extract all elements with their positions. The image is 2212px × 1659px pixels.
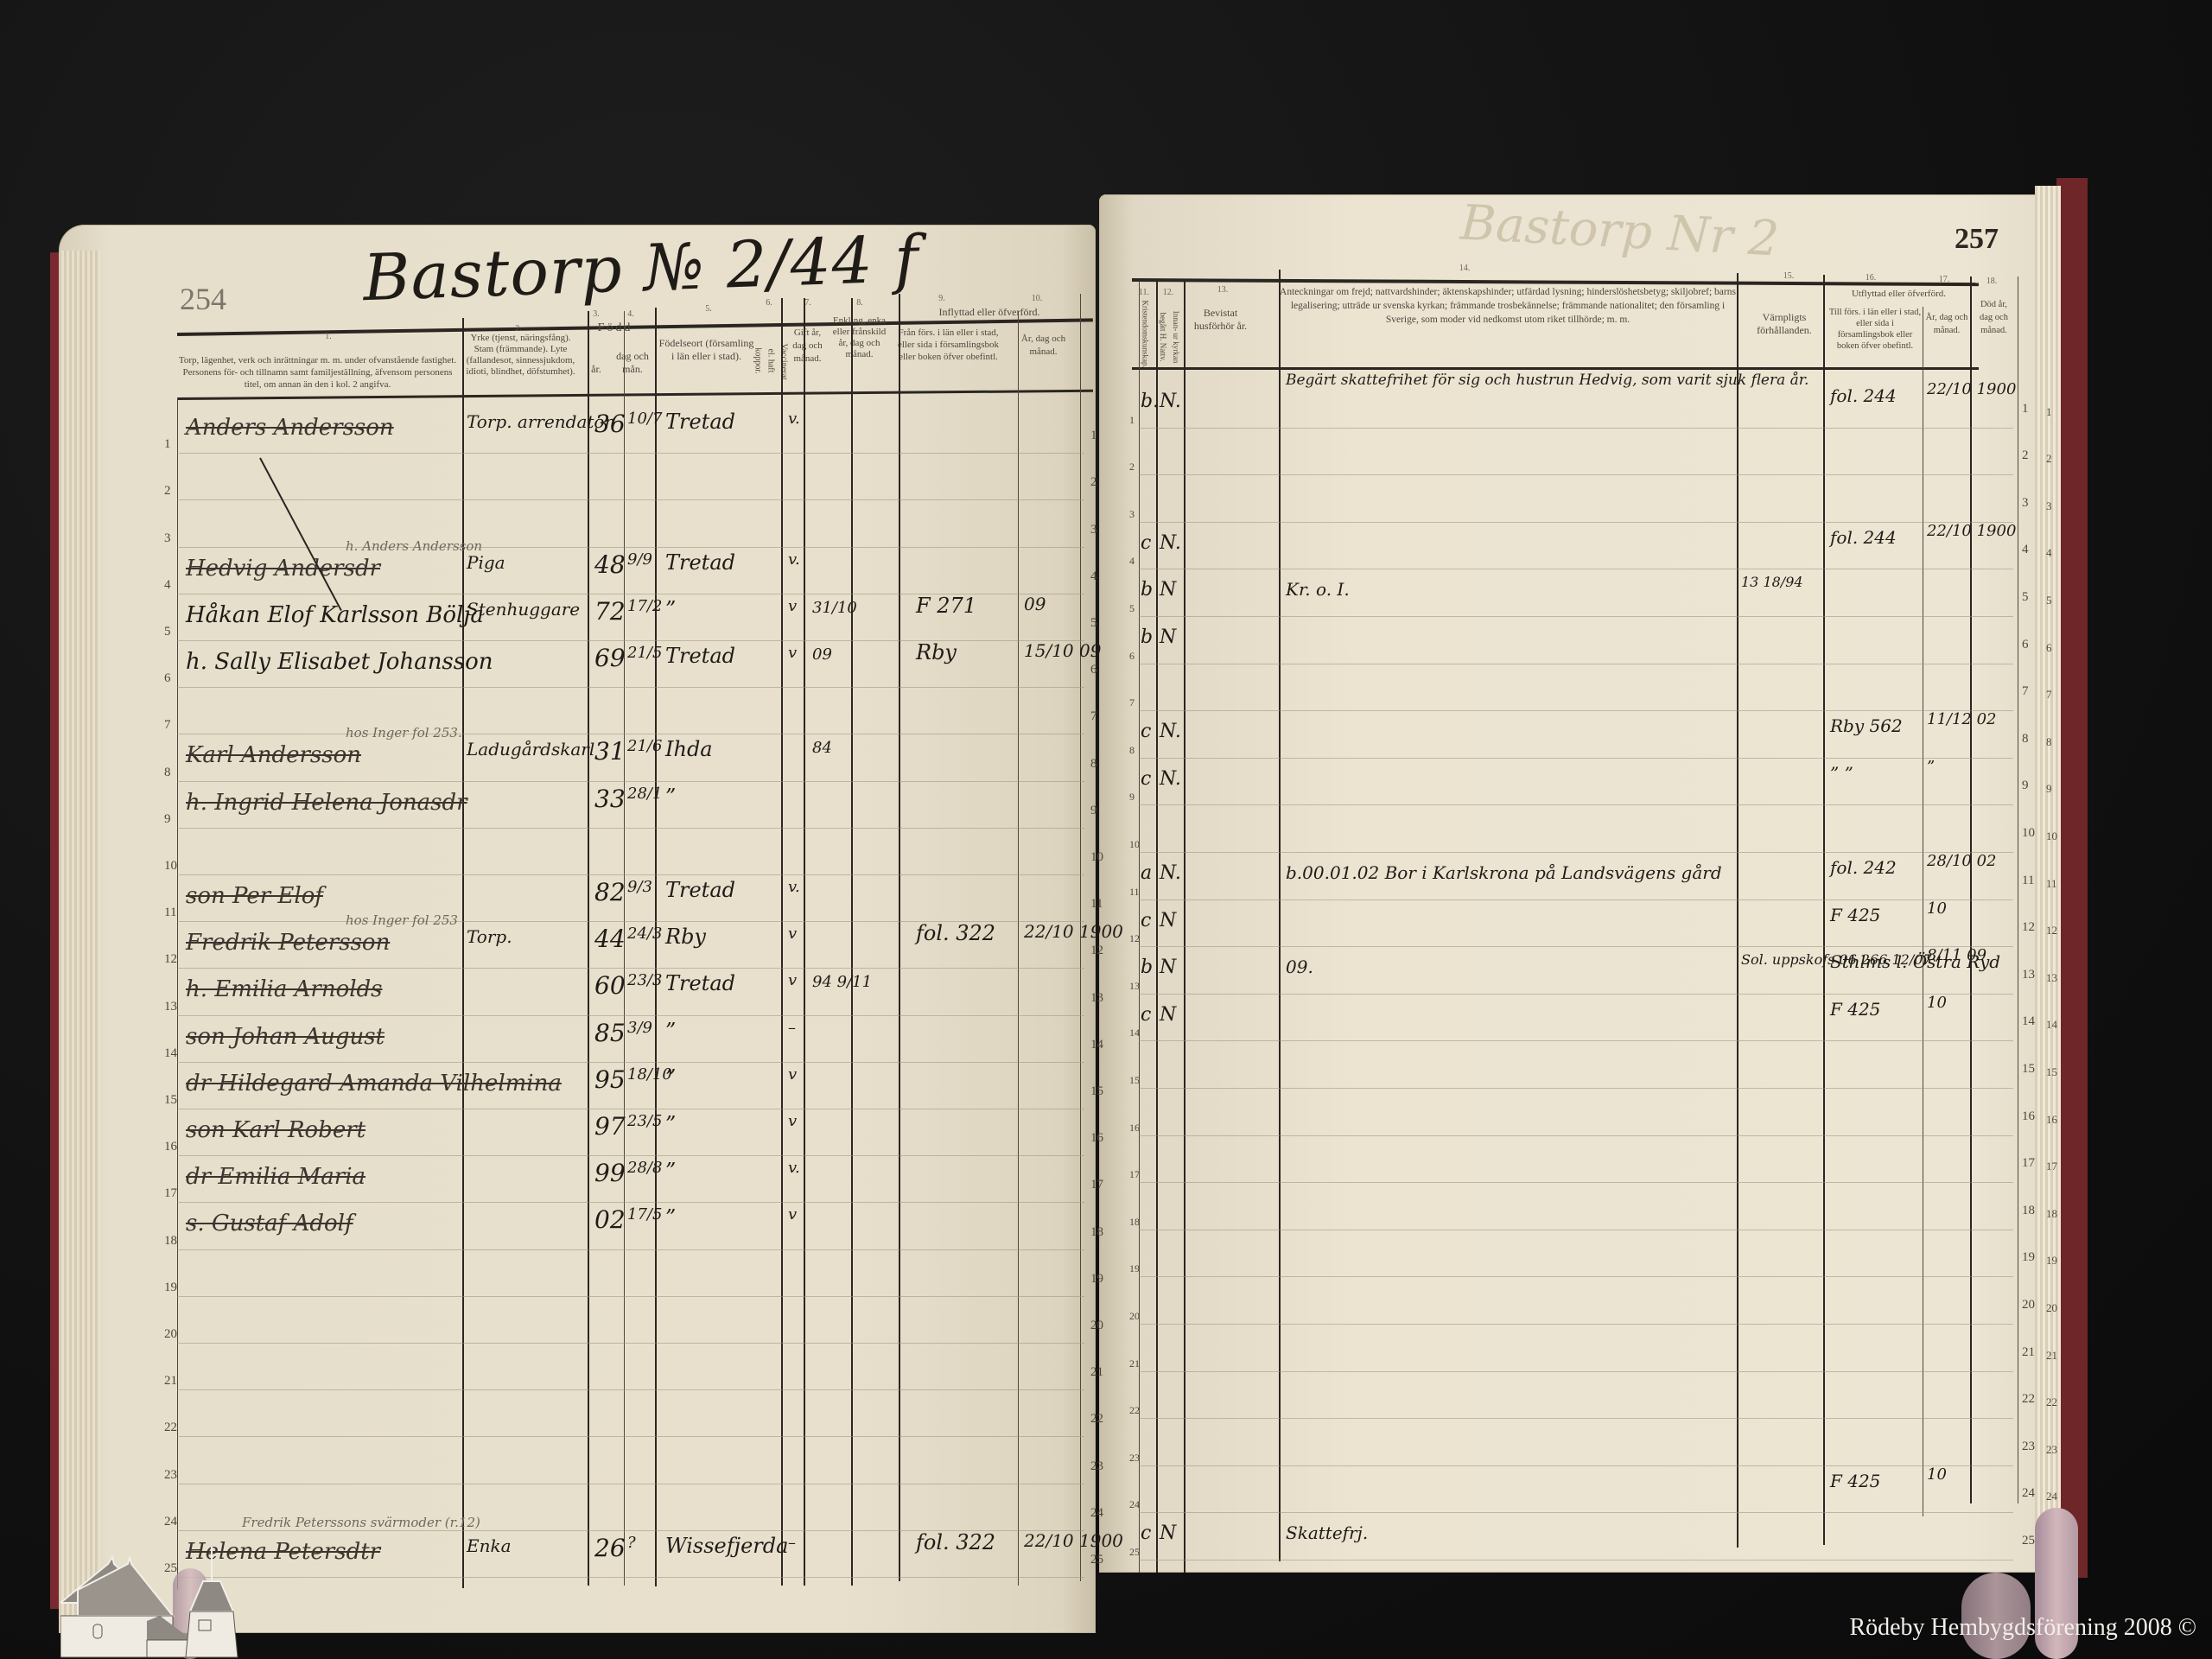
entry-christianity-knowledge: c	[1141, 1004, 1151, 1026]
row-number-right-inner: 23	[1129, 1452, 1140, 1465]
row-number-right: 20	[2022, 1298, 2035, 1313]
row-rule	[1139, 1230, 2013, 1230]
row-number-right-edge: 6	[2046, 641, 2052, 655]
col-divider	[2018, 276, 2018, 1503]
entry-vaccinated: –	[788, 1534, 796, 1552]
row-number-right-edge: 17	[2046, 1160, 2057, 1173]
entry-communion: N	[1160, 957, 1176, 978]
entry-note: hos Inger fol 253.	[346, 725, 462, 741]
row-rule	[177, 687, 1084, 688]
entry-birth-day: ?	[627, 1534, 636, 1552]
row-number-left: 1	[164, 437, 171, 452]
entry-communion: N	[1160, 910, 1176, 931]
row-number-right-edge: 18	[2046, 1207, 2057, 1221]
entry-birth-year: 85	[594, 1019, 626, 1047]
left-page-edges	[59, 251, 100, 1633]
entry-vaccinated: v	[788, 597, 797, 615]
entry-christianity-knowledge: c	[1141, 768, 1151, 790]
entry-married: 94 9/11	[812, 973, 872, 991]
col14-number: 14.	[1452, 264, 1478, 273]
entry-moved-out-to: fol. 244	[1830, 527, 1897, 548]
col10-number: 10.	[1024, 294, 1050, 303]
entry-birth-year: 33	[594, 785, 626, 813]
row-number-right-edge: 1	[2046, 405, 2052, 419]
col5-number: 5.	[691, 304, 726, 314]
entry-birthplace: Wissefjerda	[665, 1534, 788, 1558]
row-rule	[1139, 1182, 2013, 1183]
row-number-left-margin: 5	[1090, 616, 1097, 631]
row-rule	[1139, 852, 2013, 853]
entry-vaccinated: v	[788, 1205, 797, 1224]
utflyttad-label: Utflyttad eller öfverförd.	[1827, 288, 1970, 301]
row-number-right-inner: 24	[1129, 1498, 1140, 1511]
row-rule	[1139, 428, 2013, 429]
col12-header: Innan- ur kyrkan begått H. Nattv.	[1156, 307, 1182, 367]
col-divider	[781, 298, 783, 1586]
row-rule	[177, 547, 1084, 548]
row-number-right: 8	[2022, 732, 2029, 747]
row-number-right-edge: 9	[2046, 782, 2052, 796]
entry-birth-day: 17/5	[627, 1205, 662, 1224]
entry-moved-out-to: Rby 562	[1830, 715, 1903, 736]
col8-header: Enkling, enka eller frånskild år, dag oc…	[831, 315, 887, 360]
entry-birth-year: 26	[594, 1534, 626, 1562]
col1-number: 1.	[294, 332, 363, 341]
row-rule	[1139, 1135, 2013, 1136]
col9-number: 9.	[933, 294, 950, 303]
entry-birthplace: ”	[665, 1159, 676, 1183]
row-rule	[177, 1249, 1084, 1250]
row-number-right-edge: 13	[2046, 971, 2057, 985]
row-number-right: 19	[2022, 1250, 2035, 1265]
row-number-right-inner: 16	[1129, 1122, 1140, 1135]
row-number-left: 22	[164, 1421, 177, 1435]
row-number-right: 23	[2022, 1440, 2035, 1454]
row-number-left-margin: 25	[1090, 1553, 1103, 1567]
entry-christianity-knowledge: b	[1141, 957, 1153, 978]
row-number-right: 11	[2022, 874, 2034, 888]
right-page	[1099, 194, 2058, 1573]
row-number-right-edge: 16	[2046, 1113, 2057, 1127]
col6-header: Vaccinerat el. haft koppor.	[752, 344, 791, 378]
row-number-left: 15	[164, 1093, 177, 1108]
row-number-right-edge: 21	[2046, 1349, 2057, 1363]
entry-moved-in-from: F 271	[916, 594, 976, 618]
row-number-right-inner: 14	[1129, 1027, 1140, 1039]
entry-moved-in-date: 22/10 1900	[1024, 1530, 1123, 1551]
entry-birth-year: 31	[594, 737, 626, 766]
row-number-left: 20	[164, 1327, 177, 1342]
entry-christianity-knowledge: a	[1141, 862, 1152, 884]
entry-christianity-knowledge: c	[1141, 1522, 1151, 1544]
row-number-right: 16	[2022, 1109, 2035, 1124]
entry-remarks: Skattefrj.	[1286, 1522, 1368, 1543]
row-number-left-margin: 9	[1090, 804, 1097, 818]
row-number-left: 10	[164, 859, 177, 874]
entry-remarks: Kr. o. I.	[1286, 579, 1350, 600]
entry-name: dr Emilia Maria	[186, 1164, 365, 1190]
row-number-right-inner: 7	[1129, 696, 1135, 709]
left-page-number: 254	[180, 281, 226, 317]
row-number-right: 4	[2022, 543, 2029, 557]
row-rule	[177, 453, 1084, 454]
entry-moved-out-to: F 425	[1830, 999, 1880, 1020]
entry-birthplace: Tretad	[665, 644, 735, 668]
row-rule	[177, 1015, 1084, 1016]
entry-note: h. Anders Andersson	[346, 538, 482, 554]
row-rule	[1139, 569, 2013, 569]
entry-moved-in-from: fol. 322	[916, 1530, 995, 1554]
row-rule	[1139, 474, 2013, 475]
entry-remarks: b.00.01.02 Bor i Karlskrona på Landsväge…	[1286, 862, 1722, 883]
entry-christianity-knowledge: c	[1141, 721, 1151, 742]
row-number-left: 8	[164, 766, 171, 780]
col-divider	[1279, 270, 1281, 1561]
row-number-right: 7	[2022, 684, 2029, 699]
row-number-left-margin: 21	[1090, 1365, 1103, 1380]
entry-birth-year: 44	[594, 925, 626, 953]
row-number-right-inner: 9	[1129, 791, 1135, 804]
row-number-left: 11	[164, 906, 176, 920]
entry-name: s. Gustaf Adolf	[186, 1211, 353, 1236]
row-number-right-edge: 22	[2046, 1395, 2057, 1409]
row-number-right: 15	[2022, 1062, 2035, 1077]
row-number-right-inner: 12	[1129, 932, 1140, 945]
row-rule	[177, 1296, 1084, 1297]
entry-note: hos Inger fol 253	[346, 912, 458, 928]
row-number-right-edge: 11	[2046, 877, 2057, 891]
entry-moved-out-to: F 425	[1830, 905, 1880, 925]
entry-birth-year: 82	[594, 878, 626, 906]
row-rule	[177, 1202, 1084, 1203]
entry-birthplace: ”	[665, 1019, 676, 1043]
entry-name: h. Sally Elisabet Johansson	[186, 649, 493, 675]
row-number-right: 9	[2022, 779, 2029, 793]
entry-moved-out-date: 10	[1927, 899, 1947, 918]
row-number-left-margin: 23	[1090, 1459, 1103, 1474]
row-number-right-inner: 3	[1129, 508, 1135, 521]
row-number-right: 2	[2022, 448, 2029, 463]
right-page-number: 257	[1955, 223, 1999, 256]
entry-note: Fredrik Peterssons svärmoder (r.12)	[242, 1515, 480, 1530]
col-divider	[588, 311, 589, 1586]
row-number-left-margin: 16	[1090, 1131, 1103, 1146]
col1-header: Torp, lägenhet, verk och inrättningar m.…	[177, 354, 458, 391]
row-number-right-edge: 12	[2046, 924, 2057, 938]
row-number-left: 17	[164, 1186, 177, 1201]
col-divider	[177, 397, 178, 1590]
row-number-right-inner: 10	[1129, 838, 1140, 851]
entry-communion: N	[1160, 626, 1176, 648]
row-number-right-inner: 19	[1129, 1262, 1140, 1275]
row-number-right-inner: 2	[1129, 461, 1135, 474]
entry-communion: N.	[1160, 532, 1181, 554]
row-number-right: 13	[2022, 968, 2035, 982]
row-rule	[1139, 758, 2013, 759]
col15-header: Värnpligts förhållanden.	[1745, 311, 1823, 337]
entry-vaccinated: v.	[788, 410, 800, 428]
entry-vaccinated: v.	[788, 878, 800, 896]
entry-communion: N.	[1160, 768, 1181, 790]
row-number-left-margin: 14	[1090, 1038, 1103, 1052]
entry-moved-out-to: ” ”	[1830, 763, 1853, 784]
entry-military-service: 13 18/94	[1741, 574, 1803, 590]
row-number-right-inner: 13	[1129, 980, 1140, 993]
row-rule	[1139, 1276, 2013, 1277]
col11-header: Kristendomskunskap.	[1139, 301, 1152, 361]
entry-moved-in-date: 09	[1024, 594, 1046, 614]
entry-communion: N	[1160, 1004, 1176, 1026]
row-number-left-margin: 10	[1090, 850, 1103, 865]
entry-birth-day: 21/5	[627, 644, 662, 662]
entry-birth-day: 3/9	[627, 1019, 652, 1037]
row-number-right: 22	[2022, 1392, 2035, 1407]
row-rule	[177, 499, 1084, 500]
entry-birth-day: 28/8	[627, 1159, 662, 1177]
row-number-right-inner: 5	[1129, 602, 1135, 615]
entry-name: h. Ingrid Helena Jonasdr	[186, 790, 467, 816]
col18-number: 18.	[1979, 276, 2005, 286]
col7-number: 7.	[799, 298, 817, 308]
row-number-left: 7	[164, 718, 171, 733]
col9-header: Från förs. i län eller i stad, eller sid…	[894, 327, 1002, 363]
row-number-right-edge: 19	[2046, 1254, 2057, 1268]
row-rule	[1139, 994, 2013, 995]
col16-header: Till förs. i län eller i stad, eller sid…	[1827, 307, 1923, 352]
entry-birthplace: Tretad	[665, 410, 735, 434]
row-rule	[177, 874, 1084, 875]
entry-name: Håkan Elof Karlsson Bölja	[186, 602, 484, 628]
entry-moved-out-date: 8/11 09	[1927, 946, 1986, 964]
row-rule	[1139, 710, 2013, 711]
row-number-left-margin: 6	[1090, 663, 1097, 677]
col15-number: 15.	[1776, 271, 1802, 281]
row-number-left: 4	[164, 578, 171, 593]
row-number-left: 23	[164, 1468, 177, 1483]
row-number-left: 9	[164, 812, 171, 827]
row-number-left-margin: 24	[1090, 1506, 1103, 1521]
row-number-right-edge: 14	[2046, 1018, 2057, 1032]
row-number-right: 1	[2022, 402, 2029, 416]
entry-christianity-knowledge: b	[1141, 579, 1153, 601]
row-rule	[177, 828, 1084, 829]
entry-birth-year: 97	[594, 1112, 626, 1141]
row-number-right-edge: 4	[2046, 546, 2052, 560]
entry-birth-day: 23/5	[627, 1112, 662, 1130]
row-rule	[1139, 1512, 2013, 1513]
entry-vaccinated: v.	[788, 1159, 800, 1177]
copyright-watermark: Rödeby Hembygdsförening 2008 ©	[1849, 1614, 2196, 1642]
row-rule	[177, 1484, 1084, 1484]
entry-communion: N.	[1160, 721, 1181, 742]
entry-birthplace: Tretad	[665, 971, 735, 995]
entry-moved-out-to: fol. 244	[1830, 385, 1897, 406]
entry-christianity-knowledge: b.	[1141, 391, 1159, 412]
row-number-right-inner: 6	[1129, 650, 1135, 663]
row-number-left-margin: 7	[1090, 709, 1097, 724]
row-number-right-inner: 1	[1129, 414, 1135, 427]
entry-birthplace: Rby	[665, 925, 706, 949]
row-rule	[1139, 1371, 2013, 1372]
row-number-right: 21	[2022, 1345, 2035, 1360]
row-number-left-margin: 17	[1090, 1178, 1103, 1192]
row-number-right-inner: 17	[1129, 1168, 1140, 1181]
entry-married: 31/10	[812, 599, 857, 617]
inflyttad-label: Inflyttad eller öfverförd.	[894, 306, 1084, 319]
row-rule	[177, 1062, 1084, 1063]
row-number-right-edge: 2	[2046, 452, 2052, 466]
entry-moved-out-date: 28/10 02	[1927, 852, 1997, 870]
col-divider	[851, 298, 853, 1586]
col-divider	[1970, 276, 1972, 1503]
row-number-right: 3	[2022, 496, 2029, 511]
row-number-right-inner: 22	[1129, 1404, 1140, 1417]
entry-remarks: 09.	[1286, 957, 1313, 977]
row-number-right: 6	[2022, 638, 2029, 652]
entry-communion: N.	[1160, 391, 1181, 412]
row-number-left: 19	[164, 1281, 177, 1295]
entry-moved-in-date: 15/10 09	[1024, 640, 1101, 661]
row-number-right-edge: 10	[2046, 829, 2057, 843]
row-number-right: 25	[2022, 1534, 2035, 1548]
row-number-right-inner: 21	[1129, 1357, 1140, 1370]
entry-birth-day: 28/1	[627, 785, 662, 803]
row-number-left-margin: 22	[1090, 1412, 1103, 1427]
entry-name: son Per Elof	[186, 883, 323, 909]
row-number-right-inner: 11	[1129, 886, 1140, 899]
entry-birth-year: 72	[594, 597, 626, 626]
entry-moved-out-date: 22/10 1900	[1927, 522, 2016, 540]
church-logo-icon	[60, 1538, 242, 1659]
entry-name: Anders Andersson	[186, 415, 394, 441]
col5-header: Födelseort (församling i län eller i sta…	[657, 337, 756, 363]
row-number-right-inner: 25	[1129, 1546, 1140, 1559]
col8-number: 8.	[851, 298, 868, 308]
row-rule	[177, 1155, 1084, 1156]
row-number-left: 16	[164, 1140, 177, 1154]
entry-birthplace: Tretad	[665, 878, 735, 902]
entry-name: son Johan August	[186, 1024, 385, 1050]
entry-birthplace: ”	[665, 1205, 676, 1230]
row-number-left-margin: 3	[1090, 523, 1097, 537]
col-divider	[1923, 307, 1923, 1516]
entry-vaccinated: v.	[788, 550, 800, 569]
entry-birthplace: ”	[665, 597, 676, 621]
row-number-right-edge: 24	[2046, 1490, 2057, 1503]
row-rule	[1139, 1040, 2013, 1041]
entry-moved-out-date: ”	[1927, 758, 1935, 776]
entry-birth-year: 95	[594, 1065, 626, 1094]
entry-birth-year: 69	[594, 644, 626, 672]
entry-christianity-knowledge: b	[1141, 626, 1153, 648]
col6-number: 6.	[760, 298, 778, 308]
entry-occupation: Torp.	[467, 926, 512, 947]
col13-number: 13.	[1210, 285, 1236, 295]
row-rule	[177, 968, 1084, 969]
entry-occupation: Torp. arrendator	[467, 411, 613, 432]
entry-birthplace: ”	[665, 785, 676, 809]
row-rule	[1139, 946, 2013, 947]
row-number-right-inner: 8	[1129, 744, 1135, 757]
row-number-right-edge: 7	[2046, 688, 2052, 702]
entry-birth-day: 21/6	[627, 737, 662, 755]
entry-name: h. Emilia Arnolds	[186, 976, 383, 1002]
entry-birth-year: 02	[594, 1205, 626, 1234]
entry-birth-day: 10/7	[627, 410, 662, 428]
row-number-left-margin: 12	[1090, 944, 1103, 958]
entry-name: dr Hildegard Amanda Vilhelmina	[186, 1071, 562, 1096]
entry-birth-day: 24/3	[627, 925, 662, 943]
row-number-left-margin: 18	[1090, 1225, 1103, 1240]
col12-number: 12.	[1158, 288, 1179, 297]
col14-header: Anteckningar om frejd; nattvardshinder; …	[1274, 285, 1741, 327]
row-number-left: 18	[164, 1234, 177, 1249]
row-rule	[1139, 1418, 2013, 1419]
col7-header: Gift år, dag och månad.	[788, 327, 827, 365]
entry-vaccinated: v	[788, 925, 797, 943]
row-number-left: 21	[164, 1374, 177, 1389]
row-number-right: 14	[2022, 1014, 2035, 1029]
entry-vaccinated: v	[788, 1065, 797, 1084]
entry-moved-out-date: 10	[1927, 1465, 1947, 1484]
row-number-right: 24	[2022, 1486, 2035, 1501]
entry-birth-year: 60	[594, 971, 626, 1000]
col13-header: Bevistat husförhör år.	[1188, 307, 1253, 333]
entry-birth-day: 9/3	[627, 878, 652, 896]
row-number-right-edge: 23	[2046, 1443, 2057, 1457]
entry-vaccinated: v	[788, 644, 797, 662]
row-rule	[177, 1577, 1084, 1578]
entry-birthplace: Tretad	[665, 550, 735, 575]
entry-birthplace: ”	[665, 1065, 676, 1090]
row-rule	[1139, 1324, 2013, 1325]
row-rule	[1139, 1560, 2013, 1560]
entry-name: Karl Andersson	[186, 742, 361, 768]
entry-communion: N	[1160, 579, 1176, 601]
entry-moved-in-from: fol. 322	[916, 921, 995, 945]
row-number-right-inner: 4	[1129, 555, 1135, 568]
fodd-label: Född	[581, 321, 650, 334]
entry-birth-year: 99	[594, 1159, 626, 1187]
row-number-left-margin: 13	[1090, 991, 1103, 1006]
entry-moved-in-date: 22/10 1900	[1024, 921, 1123, 942]
row-rule	[1139, 522, 2013, 523]
row-number-left-margin: 11	[1090, 897, 1103, 912]
entry-moved-out-date: 10	[1927, 994, 1947, 1012]
row-number-left: 12	[164, 952, 177, 967]
row-rule	[177, 1436, 1084, 1437]
entry-vaccinated: v	[788, 1112, 797, 1130]
row-number-right: 12	[2022, 920, 2035, 935]
entry-vaccinated: v	[788, 971, 797, 989]
row-number-right-edge: 5	[2046, 594, 2052, 607]
entry-moved-out-to: fol. 242	[1830, 857, 1897, 878]
row-number-left-margin: 2	[1090, 475, 1097, 490]
entry-christianity-knowledge: c	[1141, 910, 1151, 931]
col11-number: 11.	[1134, 288, 1154, 297]
row-number-right-inner: 15	[1129, 1074, 1140, 1087]
row-rule	[177, 781, 1084, 782]
row-number-right-edge: 20	[2046, 1301, 2057, 1315]
row-number-left-margin: 15	[1090, 1084, 1103, 1099]
row-number-right-edge: 8	[2046, 735, 2052, 749]
col4-number: 4.	[618, 309, 644, 319]
row-number-left-margin: 20	[1090, 1319, 1103, 1333]
row-number-left: 13	[164, 1000, 177, 1014]
col-divider	[1737, 273, 1738, 1548]
row-number-right-inner: 18	[1129, 1216, 1140, 1229]
row-number-right-edge: 15	[2046, 1065, 2057, 1079]
